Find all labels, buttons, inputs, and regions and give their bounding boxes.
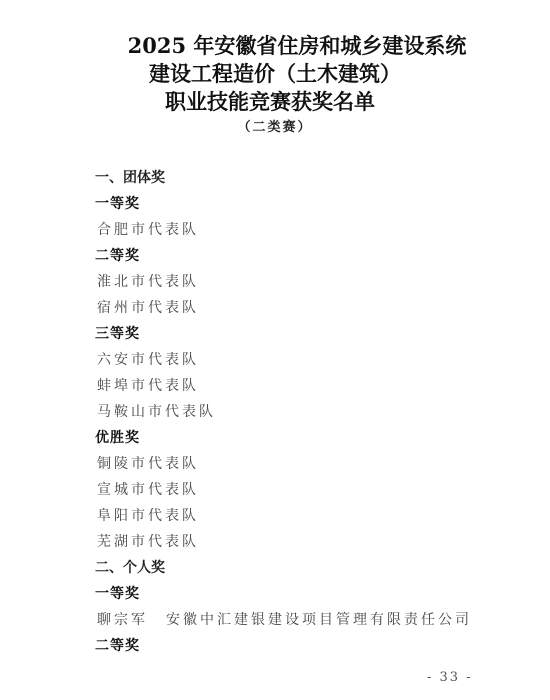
person-entry: 聊宗军安徽中汇建银建设项目管理有限责任公司 bbox=[95, 610, 525, 636]
list-item: 蚌埠市代表队 bbox=[95, 376, 525, 402]
subtitle: （二类赛） bbox=[0, 116, 550, 135]
page-number: - 33 - bbox=[427, 670, 473, 685]
title-line-2: 建设工程造价（土木建筑） bbox=[0, 58, 550, 88]
document-page: 2025 年安徽省住房和城乡建设系统 建设工程造价（土木建筑） 职业技能竞赛获奖… bbox=[0, 0, 550, 700]
award-list: 一、团体奖 一等奖 合肥市代表队 二等奖 淮北市代表队 宿州市代表队 三等奖 六… bbox=[95, 168, 525, 662]
person-organization: 安徽中汇建银建设项目管理有限责任公司 bbox=[166, 612, 472, 628]
level-heading-first: 一等奖 bbox=[95, 584, 525, 610]
list-item: 阜阳市代表队 bbox=[95, 506, 525, 532]
list-item: 宣城市代表队 bbox=[95, 480, 525, 506]
list-item: 淮北市代表队 bbox=[95, 272, 525, 298]
list-item: 芜湖市代表队 bbox=[95, 532, 525, 558]
person-name: 聊宗军 bbox=[97, 612, 148, 628]
list-item: 马鞍山市代表队 bbox=[95, 402, 525, 428]
level-heading-excellence: 优胜奖 bbox=[95, 428, 525, 454]
level-heading-first: 一等奖 bbox=[95, 194, 525, 220]
level-heading-third: 三等奖 bbox=[95, 324, 525, 350]
level-heading-second: 二等奖 bbox=[95, 636, 525, 662]
level-heading-second: 二等奖 bbox=[95, 246, 525, 272]
list-item: 铜陵市代表队 bbox=[95, 454, 525, 480]
title-line-3: 职业技能竞赛获奖名单 bbox=[0, 86, 545, 116]
section-heading-individual: 二、个人奖 bbox=[95, 558, 525, 584]
title-line-1: 2025 年安徽省住房和城乡建设系统 bbox=[22, 30, 550, 60]
list-item: 宿州市代表队 bbox=[95, 298, 525, 324]
section-heading-team: 一、团体奖 bbox=[95, 168, 525, 194]
list-item: 六安市代表队 bbox=[95, 350, 525, 376]
list-item: 合肥市代表队 bbox=[95, 220, 525, 246]
